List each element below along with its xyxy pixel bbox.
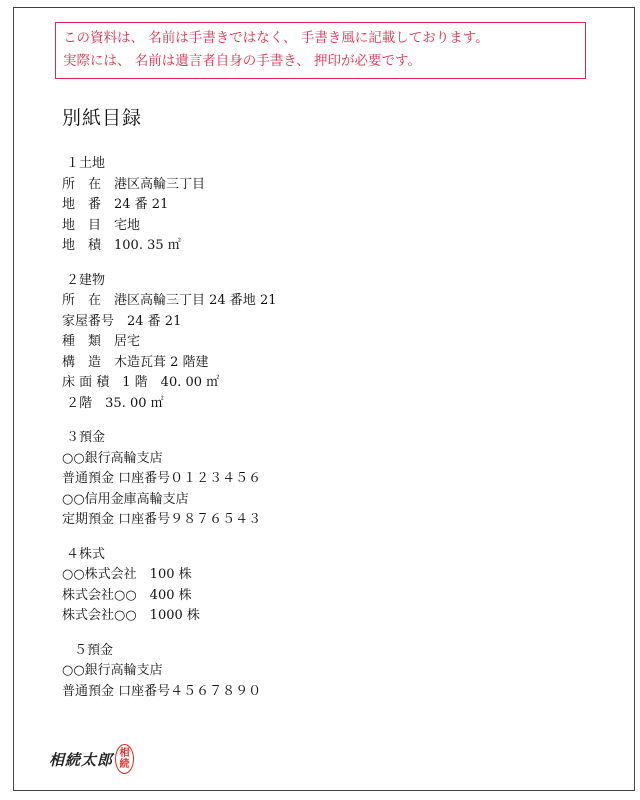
inventory-list: １土地 所 在 港区高輪三丁目 地 番 24 番 21 地 目 宅地 地 積 1… <box>62 154 276 716</box>
section-deposits-2: ５預金 ○○銀行高輪支店 普通預金 口座番号４５６７８９０ <box>62 641 276 703</box>
section-heading: ５預金 <box>62 641 276 662</box>
section-land: １土地 所 在 港区高輪三丁目 地 番 24 番 21 地 目 宅地 地 積 1… <box>62 154 276 257</box>
signature: 相続太郎 相 続 <box>49 744 134 774</box>
land-area: 地 積 100. 35 ㎡ <box>62 236 276 257</box>
notice-box: この資料は、 名前は手書きではなく、 手書き風に記載しております。 実際には、 … <box>55 22 586 79</box>
seal-stamp-icon: 相 続 <box>115 744 134 774</box>
section-heading: ２建物 <box>62 271 276 292</box>
notice-line-2: 実際には、 名前は遺言者自身の手書き、 押印が必要です。 <box>63 50 585 73</box>
account-info: 普通預金 口座番号４５６７８９０ <box>62 682 276 703</box>
seal-char-top: 相 <box>120 748 130 759</box>
page-title: 別紙目録 <box>62 103 142 130</box>
building-floor-area-2f: ２階 35. 00 ㎡ <box>62 394 276 415</box>
land-lot-number: 地 番 24 番 21 <box>62 195 276 216</box>
building-type: 種 類 居宅 <box>62 332 276 353</box>
building-house-number: 家屋番号 24 番 21 <box>62 312 276 333</box>
land-category: 地 目 宅地 <box>62 216 276 237</box>
stock-holding: 株式会社○○ 400 株 <box>62 586 276 607</box>
section-heading: １土地 <box>62 154 276 175</box>
section-deposits: ３預金 ○○銀行高輪支店 普通預金 口座番号０１２３４５６ ○○信用金庫高輪支店… <box>62 428 276 531</box>
building-location: 所 在 港区高輪三丁目 24 番地 21 <box>62 291 276 312</box>
notice-line-1: この資料は、 名前は手書きではなく、 手書き風に記載しております。 <box>63 27 585 50</box>
account-info: 普通預金 口座番号０１２３４５６ <box>62 469 276 490</box>
bank-name: ○○銀行高輪支店 <box>62 449 276 470</box>
stock-holding: ○○株式会社 100 株 <box>62 565 276 586</box>
account-info: 定期預金 口座番号９８７６５４３ <box>62 510 276 531</box>
land-location: 所 在 港区高輪三丁目 <box>62 175 276 196</box>
section-heading: ４株式 <box>62 545 276 566</box>
section-heading: ３預金 <box>62 428 276 449</box>
seal-char-bottom: 続 <box>120 759 130 770</box>
section-building: ２建物 所 在 港区高輪三丁目 24 番地 21 家屋番号 24 番 21 種 … <box>62 271 276 415</box>
stock-holding: 株式会社○○ 1000 株 <box>62 606 276 627</box>
building-structure: 構 造 木造瓦葺 2 階建 <box>62 353 276 374</box>
building-floor-area-1f: 床 面 積 1 階 40. 00 ㎡ <box>62 373 276 394</box>
bank-name: ○○銀行高輪支店 <box>62 661 276 682</box>
bank-name: ○○信用金庫高輪支店 <box>62 490 276 511</box>
document-page: この資料は、 名前は手書きではなく、 手書き風に記載しております。 実際には、 … <box>13 7 635 791</box>
signature-name: 相続太郎 <box>49 749 113 770</box>
section-stocks: ４株式 ○○株式会社 100 株 株式会社○○ 400 株 株式会社○○ 100… <box>62 545 276 627</box>
